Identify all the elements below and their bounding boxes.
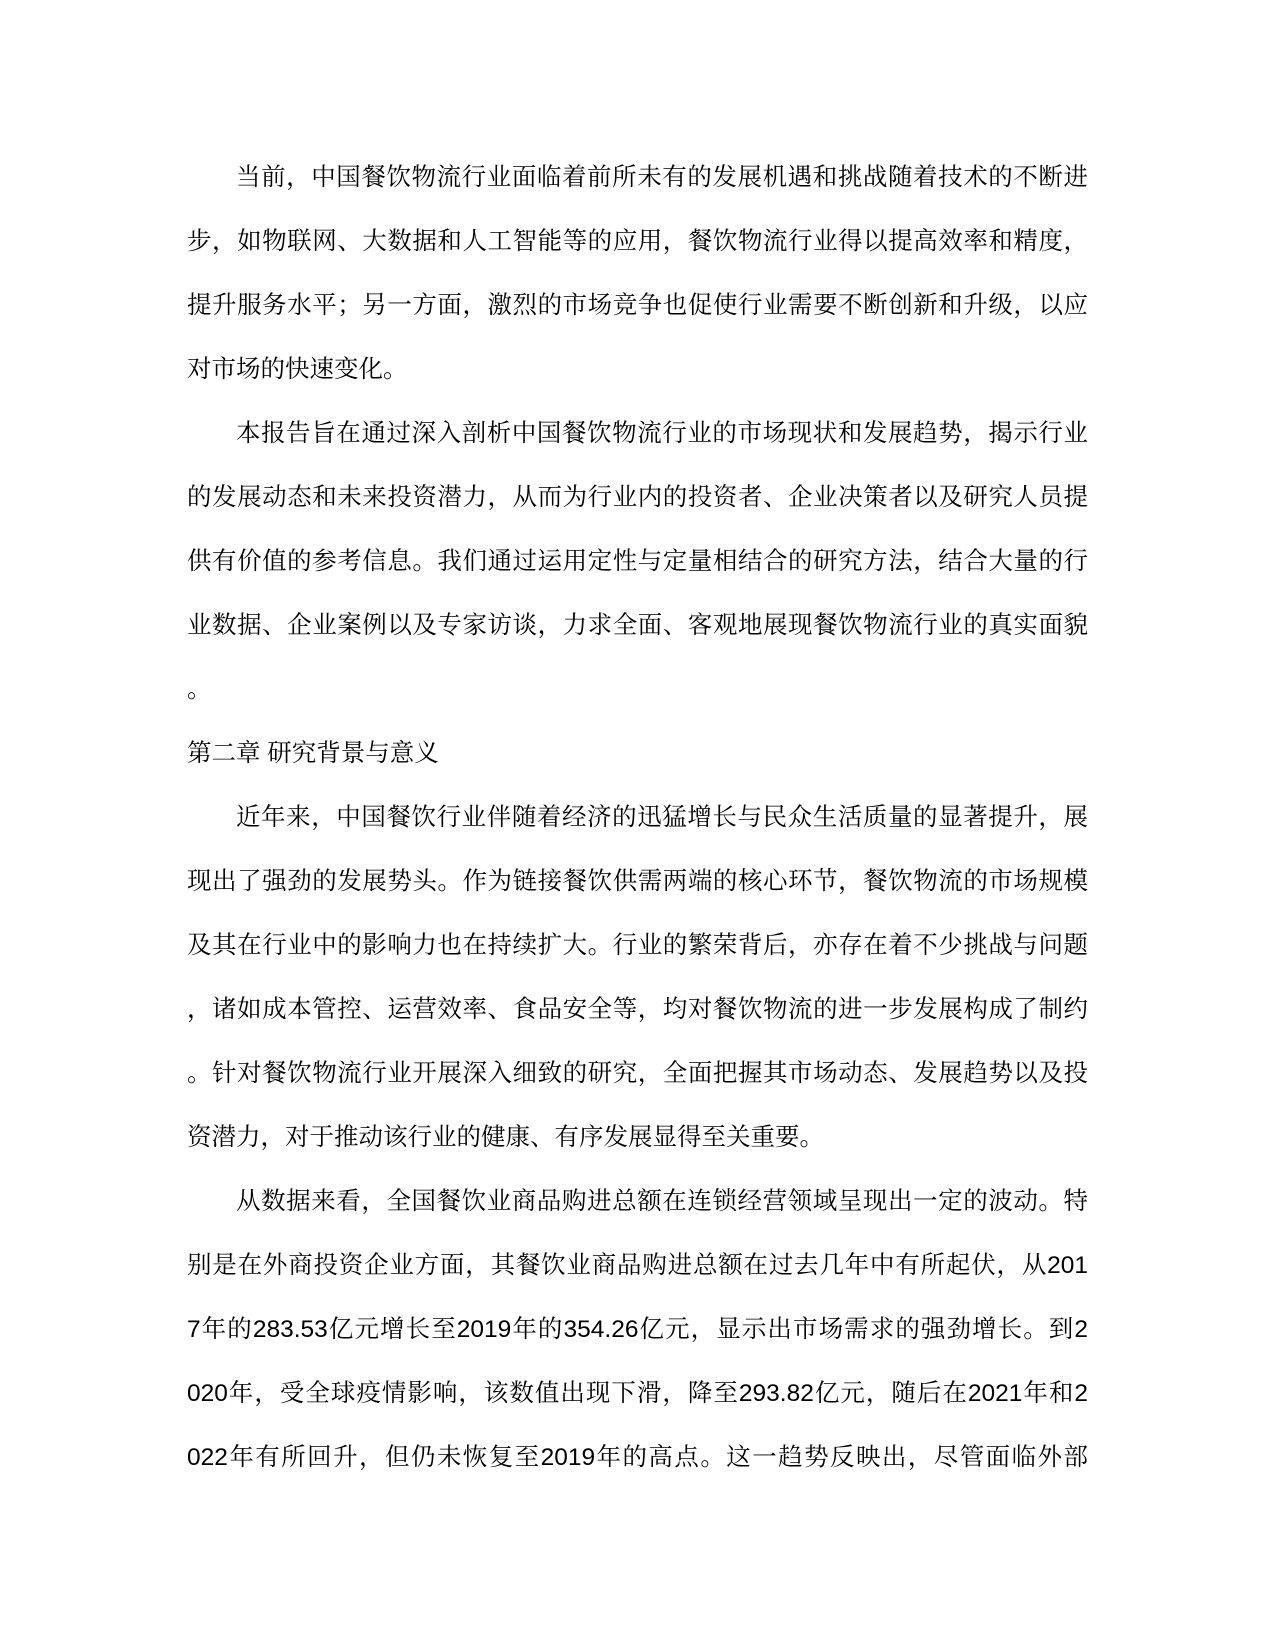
section-heading: 第二章 研究背景与意义	[187, 722, 1088, 786]
paragraph: 当前，中国餐饮物流行业面临着前所未有的发展机遇和挑战随着技术的不断进步，如物联网…	[187, 146, 1088, 402]
document-page: 当前，中国餐饮物流行业面临着前所未有的发展机遇和挑战随着技术的不断进步，如物联网…	[0, 0, 1275, 1650]
text-line: 资潜力，对于推动该行业的健康、有序发展显得至关重要。	[187, 1106, 1088, 1170]
text-line: 业数据、企业案例以及专家访谈，力求全面、客观地展现餐饮物流行业的真实面貌	[187, 594, 1088, 658]
text-line: 022年有所回升，但仍未恢复至2019年的高点。这一趋势反映出，尽管面临外部	[187, 1426, 1088, 1490]
text-line: 020年，受全球疫情影响，该数值出现下滑，降至293.82亿元，随后在2021年…	[187, 1362, 1088, 1426]
text-line: 本报告旨在通过深入剖析中国餐饮物流行业的市场现状和发展趋势，揭示行业	[187, 402, 1088, 466]
paragraph: 从数据来看，全国餐饮业商品购进总额在连锁经营领域呈现出一定的波动。特别是在外商投…	[187, 1170, 1088, 1490]
heading-line: 第二章 研究背景与意义	[187, 722, 1088, 786]
text-line: 现出了强劲的发展势头。作为链接餐饮供需两端的核心环节，餐饮物流的市场规模	[187, 850, 1088, 914]
text-line: 对市场的快速变化。	[187, 338, 1088, 402]
paragraph: 本报告旨在通过深入剖析中国餐饮物流行业的市场现状和发展趋势，揭示行业的发展动态和…	[187, 402, 1088, 722]
text-line: 步，如物联网、大数据和人工智能等的应用，餐饮物流行业得以提高效率和精度，	[187, 210, 1088, 274]
text-line: ，诸如成本管控、运营效率、食品安全等，均对餐饮物流的进一步发展构成了制约	[187, 978, 1088, 1042]
text-line: 别是在外商投资企业方面，其餐饮业商品购进总额在过去几年中有所起伏，从201	[187, 1234, 1088, 1298]
text-line: 。	[187, 658, 1088, 722]
text-line: 从数据来看，全国餐饮业商品购进总额在连锁经营领域呈现出一定的波动。特	[187, 1170, 1088, 1234]
text-line: 近年来，中国餐饮行业伴随着经济的迅猛增长与民众生活质量的显著提升，展	[187, 786, 1088, 850]
text-line: 7年的283.53亿元增长至2019年的354.26亿元，显示出市场需求的强劲增…	[187, 1298, 1088, 1362]
text-line: 供有价值的参考信息。我们通过运用定性与定量相结合的研究方法，结合大量的行	[187, 530, 1088, 594]
text-line: 及其在行业中的影响力也在持续扩大。行业的繁荣背后，亦存在着不少挑战与问题	[187, 914, 1088, 978]
text-line: 。针对餐饮物流行业开展深入细致的研究，全面把握其市场动态、发展趋势以及投	[187, 1042, 1088, 1106]
text-line: 提升服务水平；另一方面，激烈的市场竞争也促使行业需要不断创新和升级，以应	[187, 274, 1088, 338]
paragraph: 近年来，中国餐饮行业伴随着经济的迅猛增长与民众生活质量的显著提升，展现出了强劲的…	[187, 786, 1088, 1170]
text-line: 当前，中国餐饮物流行业面临着前所未有的发展机遇和挑战随着技术的不断进	[187, 146, 1088, 210]
text-line: 的发展动态和未来投资潜力，从而为行业内的投资者、企业决策者以及研究人员提	[187, 466, 1088, 530]
